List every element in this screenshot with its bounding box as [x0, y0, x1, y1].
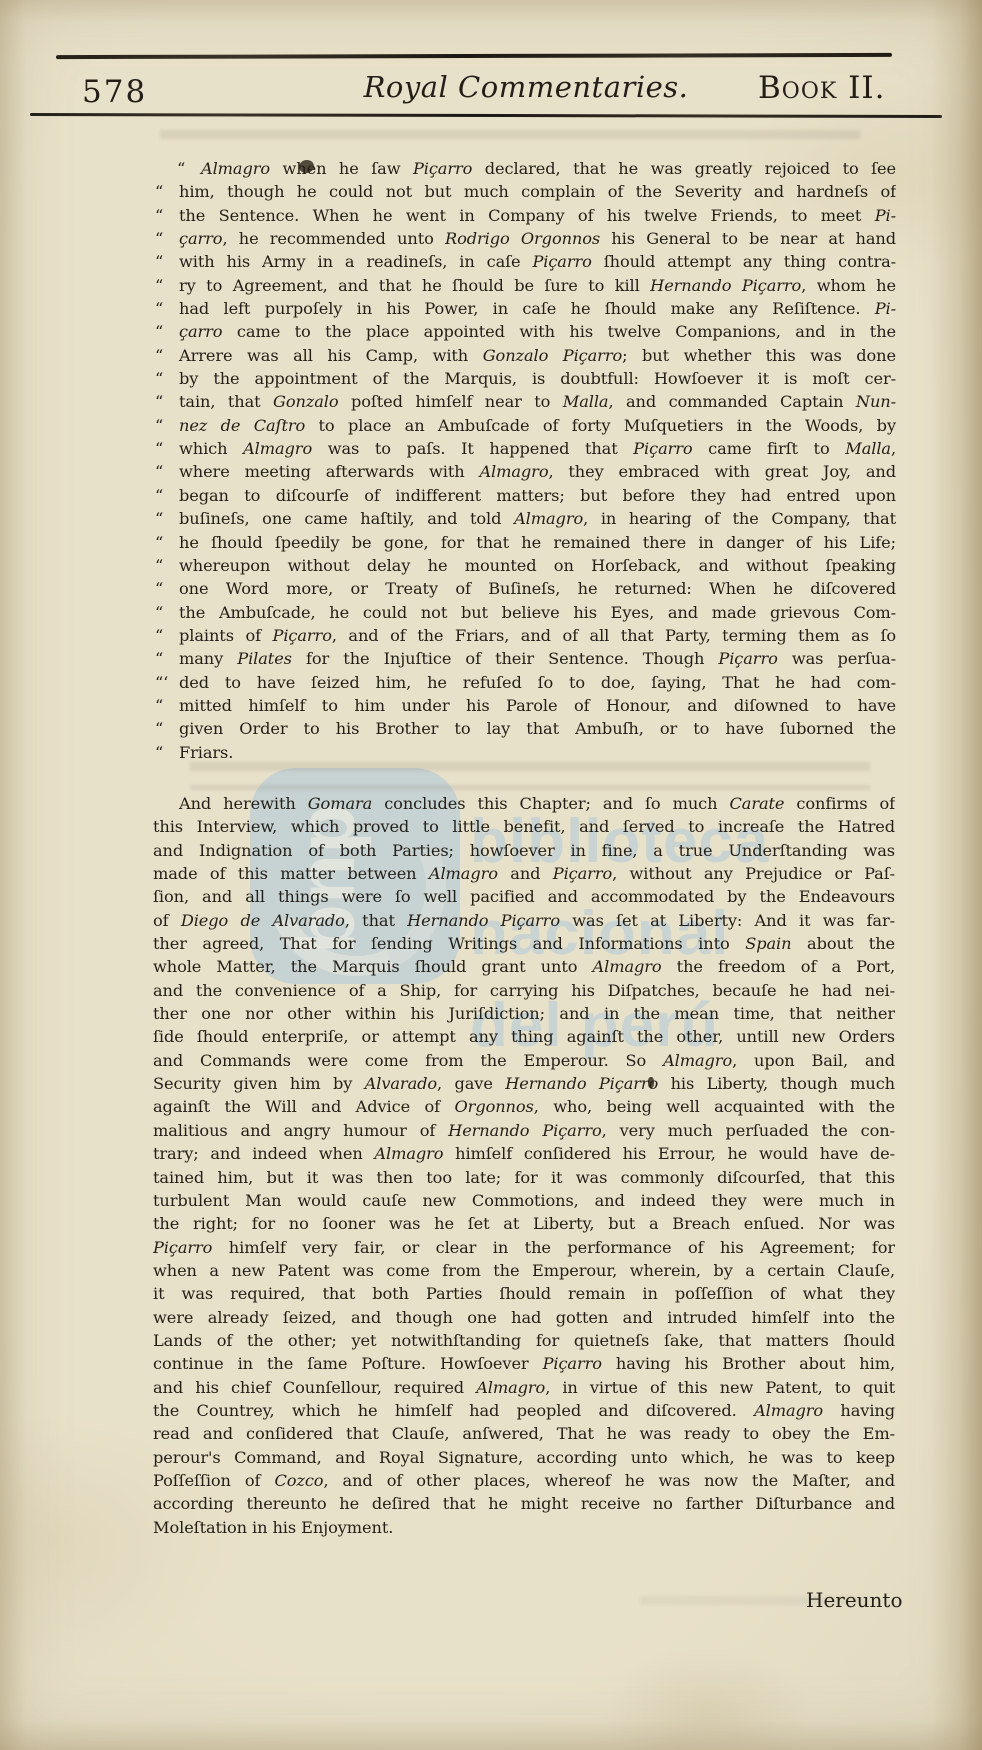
text-line: againſt the Will and Advice of Orgonnos,…: [153, 1095, 895, 1118]
quotation-mark: “: [155, 460, 179, 483]
line-text: buſineſs, one came haſtily, and told Alm…: [179, 507, 896, 530]
line-text: whereupon without delay he mounted on Ho…: [179, 554, 896, 577]
line-text: mitted himſelf to him under his Parole o…: [179, 694, 896, 717]
line-text: Piçarro himſelf very fair, or clear in t…: [153, 1236, 895, 1259]
quotation-mark: “: [155, 227, 179, 250]
line-text: tained him, but it was then too late; fo…: [153, 1166, 895, 1189]
text-line: continue in the ſame Poſture. Howſoever …: [153, 1352, 895, 1375]
quotation-mark: “: [155, 297, 179, 320]
text-line: “which Almagro was to paſs. It happened …: [155, 437, 896, 460]
text-line: ther agreed, That for ſending Writings a…: [153, 932, 895, 955]
text-line: this Interview, which proved to little b…: [153, 815, 895, 838]
text-line: “given Order to his Brother to lay that …: [155, 717, 896, 740]
quotation-mark: “: [155, 577, 179, 600]
quotation-mark: “: [177, 157, 201, 180]
text-line: Poſſeſſion of Cozco, and of other places…: [153, 1469, 895, 1492]
line-text: one Word more, or Treaty of Buſineſs, he…: [179, 577, 896, 600]
quotation-mark: “: [155, 647, 179, 670]
body-paragraph: And herewith Gomara concludes this Chapt…: [153, 792, 895, 1539]
line-text: of Diego de Alvarado, that Hernando Piça…: [153, 909, 895, 932]
text-line: malitious and angry humour of Hernando P…: [153, 1119, 895, 1142]
text-line: “çarro, he recommended unto Rodrigo Orgo…: [155, 227, 896, 250]
quotation-mark: “: [155, 741, 179, 764]
text-line: “had left purpoſely in his Power, in caſ…: [155, 297, 896, 320]
line-text: made of this matter between Almagro and …: [153, 862, 895, 885]
text-line: “ry to Agreement, and that he ſhould be …: [155, 274, 896, 297]
line-text: perour's Command, and Royal Signature, a…: [153, 1446, 895, 1469]
quotation-mark: “: [155, 554, 179, 577]
text-line: perour's Command, and Royal Signature, a…: [153, 1446, 895, 1469]
quotation-mark: “: [155, 484, 179, 507]
line-text: ſion, and all things were ſo well pacifi…: [153, 885, 895, 908]
text-line: ſide ſhould enterpriſe, or attempt any t…: [153, 1025, 895, 1048]
text-line: the right; for no ſooner was he ſet at L…: [153, 1212, 895, 1235]
quotation-mark: “: [155, 414, 179, 437]
quotation-mark: “: [155, 367, 179, 390]
text-line: “many Pilates for the Injuſtice of their…: [155, 647, 896, 670]
line-text: it was required, that both Parties ſhoul…: [153, 1282, 895, 1305]
line-text: tain, that Gonzalo poſted himſelf near t…: [179, 390, 896, 413]
quotation-mark: “: [155, 180, 179, 203]
line-text: read and conſidered that Clauſe, anſwere…: [153, 1422, 895, 1445]
text-line: tained him, but it was then too late; fo…: [153, 1166, 895, 1189]
line-text: the Ambuſcade, he could not but believe …: [179, 601, 896, 624]
show-through-smudge: [190, 762, 870, 790]
line-text: Poſſeſſion of Cozco, and of other places…: [153, 1469, 895, 1492]
text-line: Security given him by Alvarado, gave Her…: [153, 1072, 895, 1095]
text-line: “Almagro when he ſaw Piçarro declared, t…: [155, 157, 896, 180]
text-line: “where meeting afterwards with Almagro, …: [155, 460, 896, 483]
quotation-mark: “: [155, 344, 179, 367]
text-line: “plaints of Piçarro, and of the Friars, …: [155, 624, 896, 647]
text-line: and the convenience of a Ship, for carry…: [153, 979, 895, 1002]
line-text: the Sentence. When he went in Company of…: [179, 204, 896, 227]
text-line: “one Word more, or Treaty of Buſineſs, h…: [155, 577, 896, 600]
line-text: Lands of the other; yet notwithſtanding …: [153, 1329, 895, 1352]
catchword: Hereunto: [806, 1588, 903, 1612]
text-line: and Commands were come from the Emperour…: [153, 1049, 895, 1072]
quotation-mark: “: [155, 437, 179, 460]
line-text: and his chief Counſellour, required Alma…: [153, 1376, 895, 1399]
line-text: by the appointment of the Marquis, is do…: [179, 367, 896, 390]
quoted-passage: “Almagro when he ſaw Piçarro declared, t…: [155, 157, 896, 764]
line-text: turbulent Man would cauſe new Commotions…: [153, 1189, 895, 1212]
quotation-mark: “: [155, 250, 179, 273]
line-text: and Indignation of both Parties; howſoev…: [153, 839, 895, 862]
text-line: ſion, and all things were ſo well pacifi…: [153, 885, 895, 908]
text-line: and Indignation of both Parties; howſoev…: [153, 839, 895, 862]
text-line: “buſineſs, one came haſtily, and told Al…: [155, 507, 896, 530]
quotation-mark: “: [155, 601, 179, 624]
text-line: read and conſidered that Clauſe, anſwere…: [153, 1422, 895, 1445]
text-line: whole Matter, the Marquis ſhould grant u…: [153, 955, 895, 978]
line-text: trary; and indeed when Almagro himſelf c…: [153, 1142, 895, 1165]
header-rule-top: [56, 53, 892, 59]
quotation-mark: “: [155, 717, 179, 740]
line-text: whole Matter, the Marquis ſhould grant u…: [153, 955, 895, 978]
line-text: ded to have ſeized him, he refuſed ſo to…: [179, 671, 896, 694]
text-line: it was required, that both Parties ſhoul…: [153, 1282, 895, 1305]
line-text: malitious and angry humour of Hernando P…: [153, 1119, 895, 1142]
quotation-mark: “: [155, 694, 179, 717]
text-line: “Arrere was all his Camp, with Gonzalo P…: [155, 344, 896, 367]
quotation-mark: “: [155, 390, 179, 413]
text-line: ther one nor other within his Juriſdicti…: [153, 1002, 895, 1025]
text-line: “whereupon without delay he mounted on H…: [155, 554, 896, 577]
text-line: “the Sentence. When he went in Company o…: [155, 204, 896, 227]
line-text: ther one nor other within his Juriſdicti…: [153, 1002, 895, 1025]
line-text: and Commands were come from the Emperour…: [153, 1049, 895, 1072]
line-text: had left purpoſely in his Power, in caſe…: [179, 297, 896, 320]
quotation-mark: “: [155, 531, 179, 554]
line-text: çarro, he recommended unto Rodrigo Orgon…: [179, 227, 896, 250]
text-line: “he ſhould ſpeedily be gone, for that he…: [155, 531, 896, 554]
quotation-mark: “: [155, 204, 179, 227]
text-line: “nez de Caſtro to place an Ambuſcade of …: [155, 414, 896, 437]
line-text: nez de Caſtro to place an Ambuſcade of f…: [179, 414, 896, 437]
text-line: the Countrey, which he himſelf had peopl…: [153, 1399, 895, 1422]
line-text: plaints of Piçarro, and of the Friars, a…: [179, 624, 896, 647]
text-line: “began to diſcourſe of indifferent matte…: [155, 484, 896, 507]
line-text: were already ſeized, and though one had …: [153, 1306, 895, 1329]
book-label: Book II.: [758, 70, 886, 106]
quotation-mark: “‘: [155, 671, 179, 694]
line-text: Friars.: [179, 741, 896, 764]
line-text: the Countrey, which he himſelf had peopl…: [153, 1399, 895, 1422]
text-line: trary; and indeed when Almagro himſelf c…: [153, 1142, 895, 1165]
line-text: ther agreed, That for ſending Writings a…: [153, 932, 895, 955]
line-text: Arrere was all his Camp, with Gonzalo Pi…: [179, 344, 896, 367]
show-through-smudge: [160, 130, 860, 152]
text-line: “Friars.: [155, 741, 896, 764]
line-text: the right; for no ſooner was he ſet at L…: [153, 1212, 895, 1235]
text-line: And herewith Gomara concludes this Chapt…: [153, 792, 895, 815]
line-text: continue in the ſame Poſture. Howſoever …: [153, 1352, 895, 1375]
line-text: Security given him by Alvarado, gave Her…: [153, 1072, 895, 1095]
line-text: ry to Agreement, and that he ſhould be ſ…: [179, 274, 896, 297]
text-line: of Diego de Alvarado, that Hernando Piça…: [153, 909, 895, 932]
text-line: turbulent Man would cauſe new Commotions…: [153, 1189, 895, 1212]
text-line: Moleſtation in his Enjoyment.: [153, 1516, 895, 1539]
quotation-mark: “: [155, 507, 179, 530]
line-text: him, though he could not but much compla…: [179, 180, 896, 203]
text-line: “‘ded to have ſeized him, he refuſed ſo …: [155, 671, 896, 694]
text-line: “tain, that Gonzalo poſted himſelf near …: [155, 390, 896, 413]
text-line: according thereunto he deſired that he m…: [153, 1492, 895, 1515]
text-line: were already ſeized, and though one had …: [153, 1306, 895, 1329]
text-line: “by the appointment of the Marquis, is d…: [155, 367, 896, 390]
text-line: “with his Army in a readineſs, in caſe P…: [155, 250, 896, 273]
quotation-mark: “: [155, 274, 179, 297]
line-text: where meeting afterwards with Almagro, t…: [179, 460, 896, 483]
text-line: Piçarro himſelf very fair, or clear in t…: [153, 1236, 895, 1259]
line-text: with his Army in a readineſs, in caſe Pi…: [179, 250, 896, 273]
text-line: when a new Patent was come from the Empe…: [153, 1259, 895, 1282]
text-line: Lands of the other; yet notwithſtanding …: [153, 1329, 895, 1352]
line-text: began to diſcourſe of indifferent matter…: [179, 484, 896, 507]
line-text: many Pilates for the Injuſtice of their …: [179, 647, 896, 670]
line-text: Moleſtation in his Enjoyment.: [153, 1516, 895, 1539]
line-text: according thereunto he deſired that he m…: [153, 1492, 895, 1515]
quotation-mark: “: [155, 624, 179, 647]
text-line: and his chief Counſellour, required Alma…: [153, 1376, 895, 1399]
line-text: againſt the Will and Advice of Orgonnos,…: [153, 1095, 895, 1118]
text-line: made of this matter between Almagro and …: [153, 862, 895, 885]
text-line: “mitted himſelf to him under his Parole …: [155, 694, 896, 717]
line-text: given Order to his Brother to lay that A…: [179, 717, 896, 740]
text-line: “the Ambuſcade, he could not but believe…: [155, 601, 896, 624]
line-text: when a new Patent was come from the Empe…: [153, 1259, 895, 1282]
book-page-scan: bnp biblioteca nacional del perú 578 Roy…: [0, 0, 982, 1750]
line-text: ſide ſhould enterpriſe, or attempt any t…: [153, 1025, 895, 1048]
line-text: which Almagro was to paſs. It happened t…: [179, 437, 896, 460]
header-rule-bottom: [30, 113, 942, 118]
line-text: and the convenience of a Ship, for carry…: [153, 979, 895, 1002]
text-line: “him, though he could not but much compl…: [155, 180, 896, 203]
text-line: “çarro came to the place appointed with …: [155, 320, 896, 343]
line-text: he ſhould ſpeedily be gone, for that he …: [179, 531, 896, 554]
ink-blot: [648, 1077, 654, 1088]
quotation-mark: “: [155, 320, 179, 343]
line-text: And herewith Gomara concludes this Chapt…: [153, 792, 895, 815]
line-text: this Interview, which proved to little b…: [153, 815, 895, 838]
line-text: çarro came to the place appointed with h…: [179, 320, 896, 343]
